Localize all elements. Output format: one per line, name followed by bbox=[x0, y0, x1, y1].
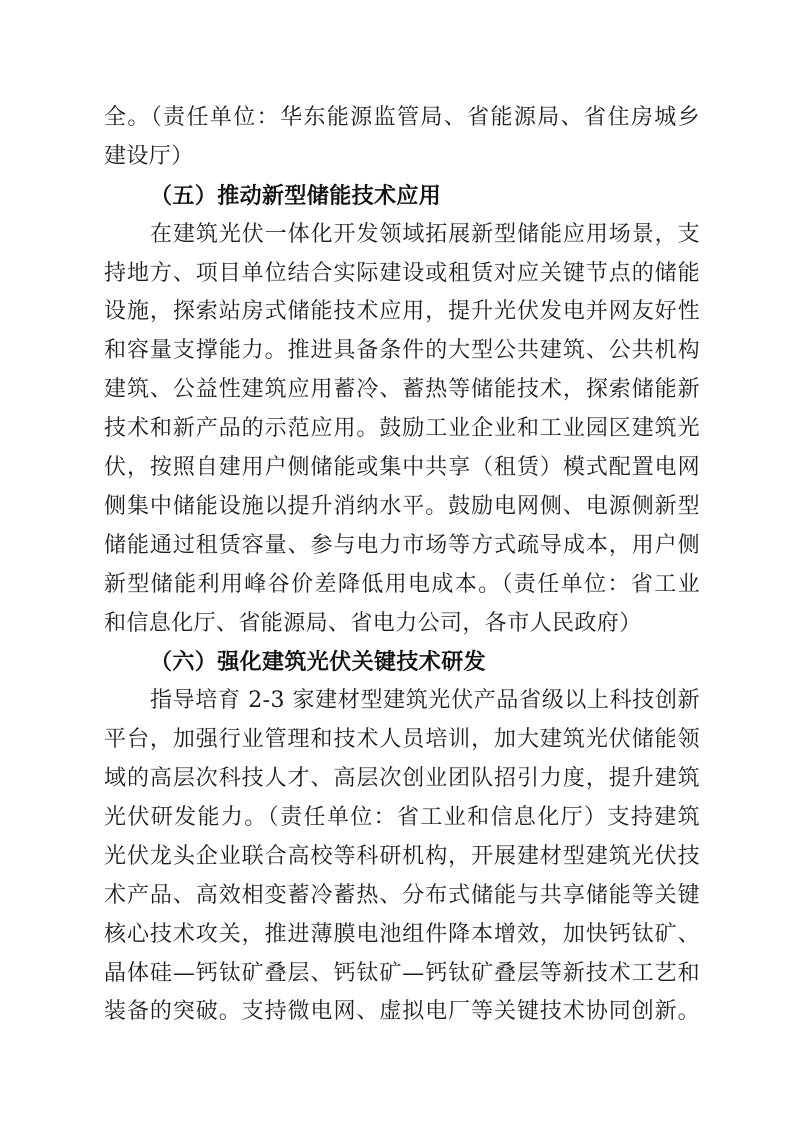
document-text-line: 晶体硅—钙钛矿叠层、钙钛矿—钙钛矿叠层等新技术工艺和 bbox=[104, 955, 700, 994]
document-text-line: 光伏龙头企业联合高校等科研机构，开展建材型建筑光伏技 bbox=[104, 838, 700, 877]
document-page: 全。（责任单位：华东能源监管局、省能源局、省住房城乡 建设厅） （五）推动新型储… bbox=[0, 0, 800, 1131]
document-text-line: 核心技术攻关，推进薄膜电池组件降本增效，加快钙钛矿、 bbox=[104, 916, 700, 955]
document-text-line: 指导培育 2-3 家建材型建筑光伏产品省级以上科技创新 bbox=[104, 682, 700, 721]
document-text-line: 侧集中储能设施以提升消纳水平。鼓励电网侧、电源侧新型 bbox=[104, 488, 700, 527]
document-text-line: 储能通过租赁容量、参与电力市场等方式疏导成本，用户侧 bbox=[104, 527, 700, 566]
section-heading-6: （六）强化建筑光伏关键技术研发 bbox=[104, 643, 700, 682]
document-text-line: 在建筑光伏一体化开发领域拓展新型储能应用场景，支 bbox=[104, 216, 700, 255]
document-text-line: 建设厅） bbox=[104, 138, 700, 177]
document-text-line: 和信息化厅、省能源局、省电力公司，各市人民政府） bbox=[104, 605, 700, 644]
document-text-line: 光伏研发能力。（责任单位：省工业和信息化厅）支持建筑 bbox=[104, 799, 700, 838]
document-text-line: 持地方、项目单位结合实际建设或租赁对应关键节点的储能 bbox=[104, 255, 700, 294]
document-text-line: 设施，探索站房式储能技术应用，提升光伏发电并网友好性 bbox=[104, 293, 700, 332]
document-text-line: 和容量支撑能力。推进具备条件的大型公共建筑、公共机构 bbox=[104, 332, 700, 371]
document-text-block: 全。（责任单位：华东能源监管局、省能源局、省住房城乡 建设厅） （五）推动新型储… bbox=[104, 99, 700, 1032]
document-text-line: 装备的突破。支持微电网、虚拟电厂等关键技术协同创新。 bbox=[104, 993, 700, 1032]
document-text-line: 域的高层次科技人才、高层次创业团队招引力度，提升建筑 bbox=[104, 760, 700, 799]
document-text-line: 新型储能利用峰谷价差降低用电成本。（责任单位：省工业 bbox=[104, 566, 700, 605]
document-text-line: 平台，加强行业管理和技术人员培训，加大建筑光伏储能领 bbox=[104, 721, 700, 760]
document-text-line: 全。（责任单位：华东能源监管局、省能源局、省住房城乡 bbox=[104, 99, 700, 138]
document-text-line: 术产品、高效相变蓄冷蓄热、分布式储能与共享储能等关键 bbox=[104, 877, 700, 916]
section-heading-5: （五）推动新型储能技术应用 bbox=[104, 177, 700, 216]
document-text-line: 伏，按照自建用户侧储能或集中共享（租赁）模式配置电网 bbox=[104, 449, 700, 488]
document-text-line: 建筑、公益性建筑应用蓄冷、蓄热等储能技术，探索储能新 bbox=[104, 371, 700, 410]
document-text-line: 技术和新产品的示范应用。鼓励工业企业和工业园区建筑光 bbox=[104, 410, 700, 449]
